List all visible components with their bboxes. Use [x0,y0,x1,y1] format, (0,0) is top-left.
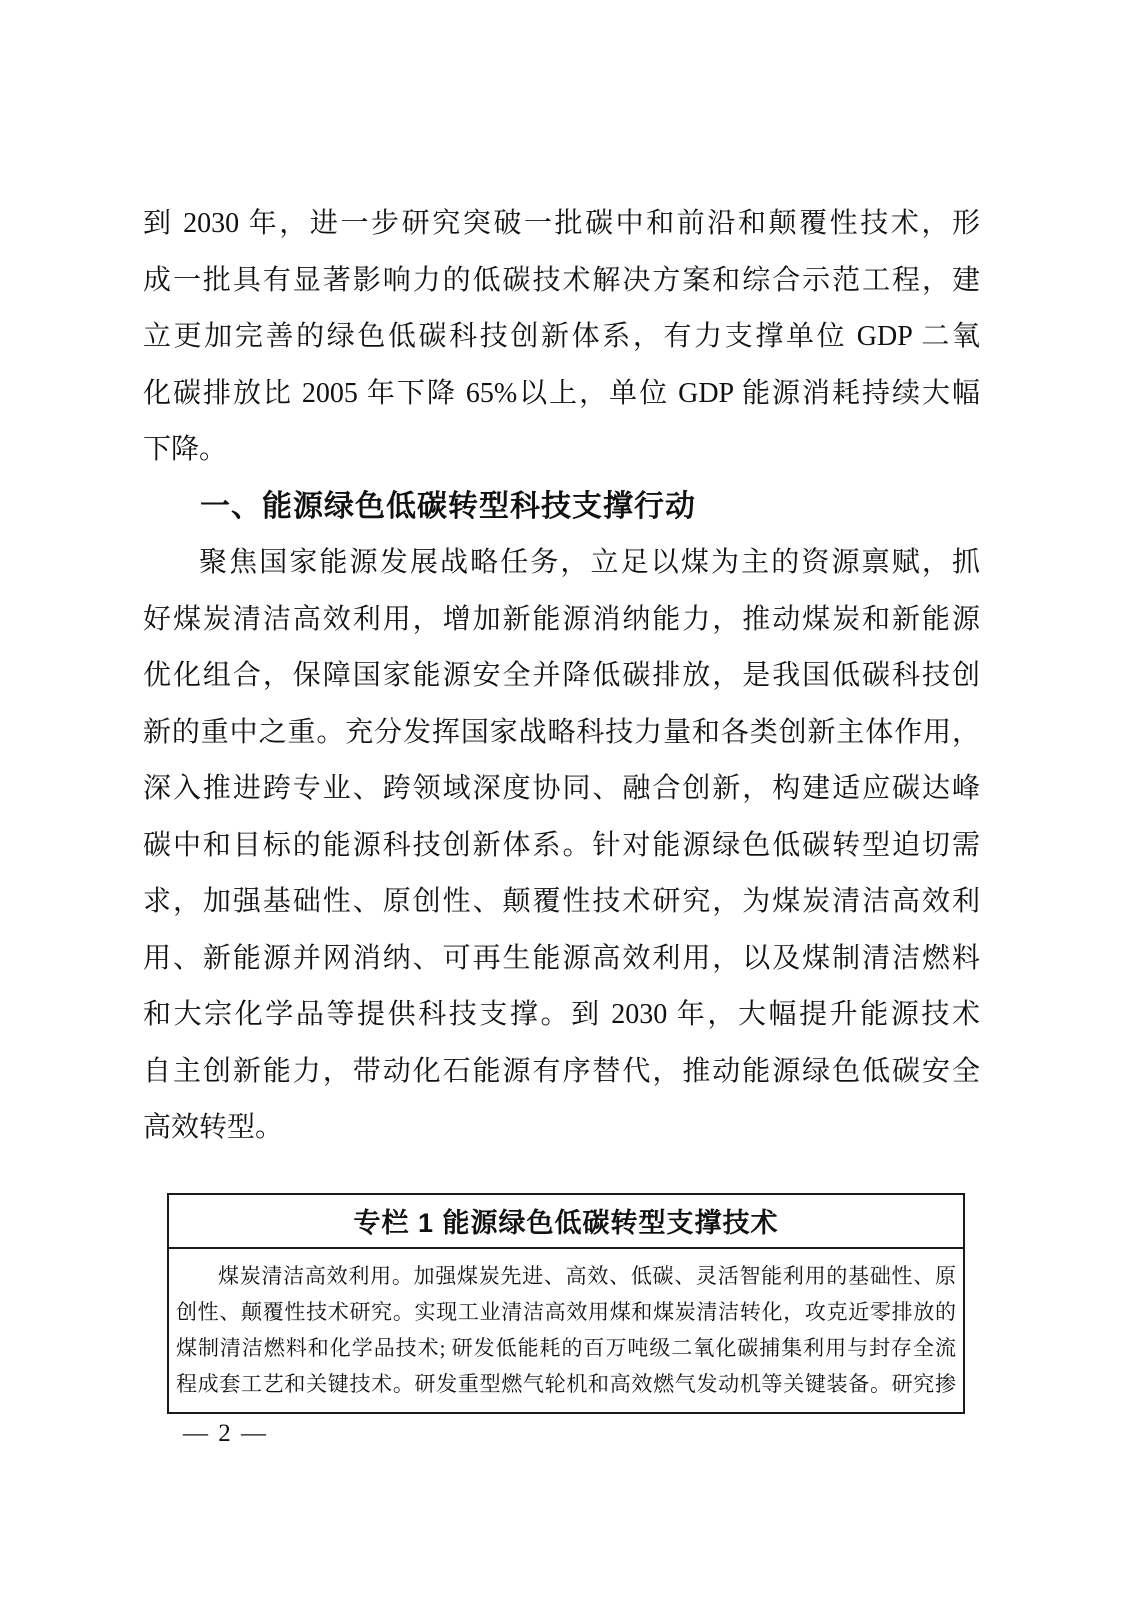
page-number: — 2 — [183,1416,268,1452]
box-text-line: 煤制清洁燃料和化学品技术; 研发低能耗的百万吨级二氧化碳捕集利用与封存全流 [176,1330,956,1366]
document-body: 到 2030 年，进一步研究突破一批碳中和前沿和颠覆性技术，形 成一批具有显著影… [143,196,980,1414]
text-line: 立更加完善的绿色低碳科技创新体系，有力支撑单位 GDP 二氧 [143,309,980,366]
text-line: 新的重中之重。充分发挥国家战略科技力量和各类创新主体作用， [143,705,980,762]
document-page: 到 2030 年，进一步研究突破一批碳中和前沿和颠覆性技术，形 成一批具有显著影… [0,0,1131,1600]
text-line: 下降。 [143,422,980,479]
text-line: 和大宗化学品等提供科技支撑。到 2030 年，大幅提升能源技术 [143,987,980,1044]
text-line: 高效转型。 [143,1100,980,1157]
text-line: 用、新能源并网消纳、可再生能源高效利用，以及煤制清洁燃料 [143,931,980,988]
section-heading: 一、能源绿色低碳转型科技支撑行动 [143,479,980,536]
paragraph-2: 聚焦国家能源发展战略任务，立足以煤为主的资源禀赋，抓 好煤炭清洁高效利用，增加新… [143,535,980,1157]
box-text-line: 煤炭清洁高效利用。加强煤炭先进、高效、低碳、灵活智能利用的基础性、原 [176,1258,956,1294]
paragraph-1: 到 2030 年，进一步研究突破一批碳中和前沿和颠覆性技术，形 成一批具有显著影… [143,196,980,479]
column-box-body: 煤炭清洁高效利用。加强煤炭先进、高效、低碳、灵活智能利用的基础性、原 创性、颠覆… [169,1249,963,1412]
text-line: 自主创新能力，带动化石能源有序替代，推动能源绿色低碳安全 [143,1044,980,1101]
text-line: 聚焦国家能源发展战略任务，立足以煤为主的资源禀赋，抓 [143,535,980,592]
column-box-1: 专栏 1 能源绿色低碳转型支撑技术 煤炭清洁高效利用。加强煤炭先进、高效、低碳、… [167,1193,965,1414]
text-line: 求，加强基础性、原创性、颠覆性技术研究，为煤炭清洁高效利 [143,874,980,931]
box-text-line: 程成套工艺和关键技术。研发重型燃气轮机和高效燃气发动机等关键装备。研究掺 [176,1366,956,1402]
box-text-line: 创性、颠覆性技术研究。实现工业清洁高效用煤和煤炭清洁转化，攻克近零排放的 [176,1294,956,1330]
column-box-title: 专栏 1 能源绿色低碳转型支撑技术 [169,1195,963,1249]
text-line: 到 2030 年，进一步研究突破一批碳中和前沿和颠覆性技术，形 [143,196,980,253]
text-line: 化碳排放比 2005 年下降 65%以上，单位 GDP 能源消耗持续大幅 [143,366,980,423]
text-line: 深入推进跨专业、跨领域深度协同、融合创新，构建适应碳达峰 [143,761,980,818]
text-line: 优化组合，保障国家能源安全并降低碳排放，是我国低碳科技创 [143,648,980,705]
text-line: 成一批具有显著影响力的低碳技术解决方案和综合示范工程，建 [143,253,980,310]
text-line: 碳中和目标的能源科技创新体系。针对能源绿色低碳转型迫切需 [143,818,980,875]
text-line: 好煤炭清洁高效利用，增加新能源消纳能力，推动煤炭和新能源 [143,592,980,649]
